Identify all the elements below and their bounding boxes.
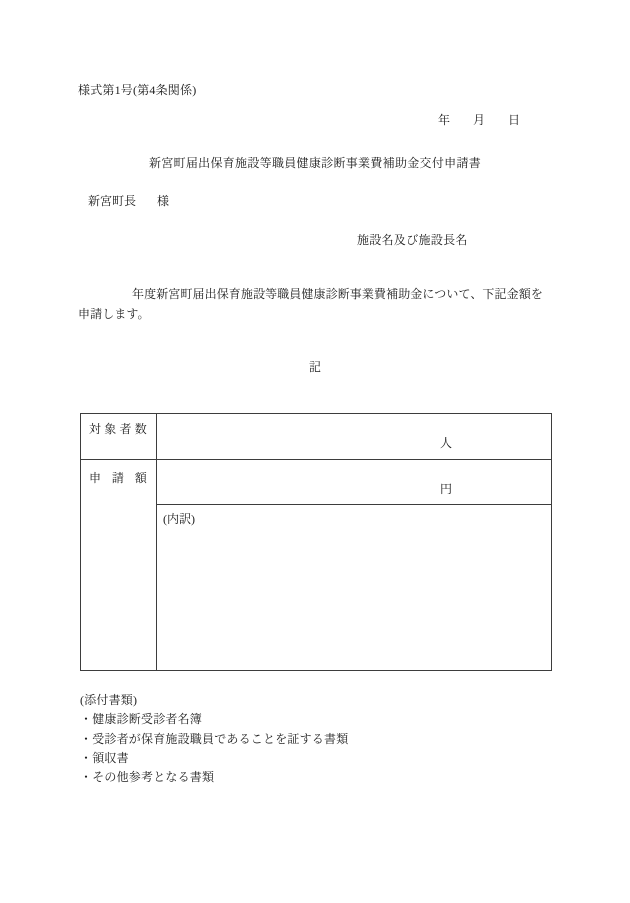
subsidy-table: 対象者数 人 申請額 円 (内訳) <box>80 413 552 671</box>
body-paragraph: 年度新宮町届出保育施設等職員健康診断事業費補助金について、下記金額を申請します。 <box>78 284 554 324</box>
breakdown-label: (内訳) <box>163 512 195 526</box>
date-year-label: 年 <box>438 111 450 128</box>
date-line: 年 月 日 <box>0 111 630 127</box>
application-amount-value-cell: 円 <box>157 460 551 505</box>
document-page: { "document": { "form_number": "様式第1号(第4… <box>0 0 630 903</box>
attachments-section: (添付書類) ・健康診断受診者名簿 ・受診者が保育施設職員であることを証する書類… <box>80 691 348 787</box>
document-title: 新宮町届出保育施設等職員健康診断事業費補助金交付申請書 <box>0 154 630 171</box>
target-count-value-cell: 人 <box>157 414 551 460</box>
application-amount-label-cell: 申請額 <box>81 460 157 670</box>
breakdown-cell: (内訳) <box>157 505 551 670</box>
date-day-label: 日 <box>508 111 520 128</box>
section-marker: 記 <box>0 358 630 375</box>
addressee-name: 新宮町長 <box>88 192 136 209</box>
attachment-list-item: ・領収書 <box>80 749 348 768</box>
yen-unit-label: 円 <box>440 480 452 497</box>
addressee-line: 新宮町長 様 <box>88 192 169 209</box>
addressee-honorific: 様 <box>157 192 169 209</box>
target-count-label-cell: 対象者数 <box>81 414 157 460</box>
form-number: 様式第1号(第4条関係) <box>78 81 196 98</box>
attachment-list-item: ・その他参考となる書類 <box>80 768 348 787</box>
date-month-label: 月 <box>473 111 485 128</box>
attachment-list-item: ・受診者が保育施設職員であることを証する書類 <box>80 730 348 749</box>
attachments-heading: (添付書類) <box>80 691 348 710</box>
attachment-list-item: ・健康診断受診者名簿 <box>80 710 348 729</box>
signature-field-label: 施設名及び施設長名 <box>357 231 468 248</box>
person-unit-label: 人 <box>440 434 452 451</box>
